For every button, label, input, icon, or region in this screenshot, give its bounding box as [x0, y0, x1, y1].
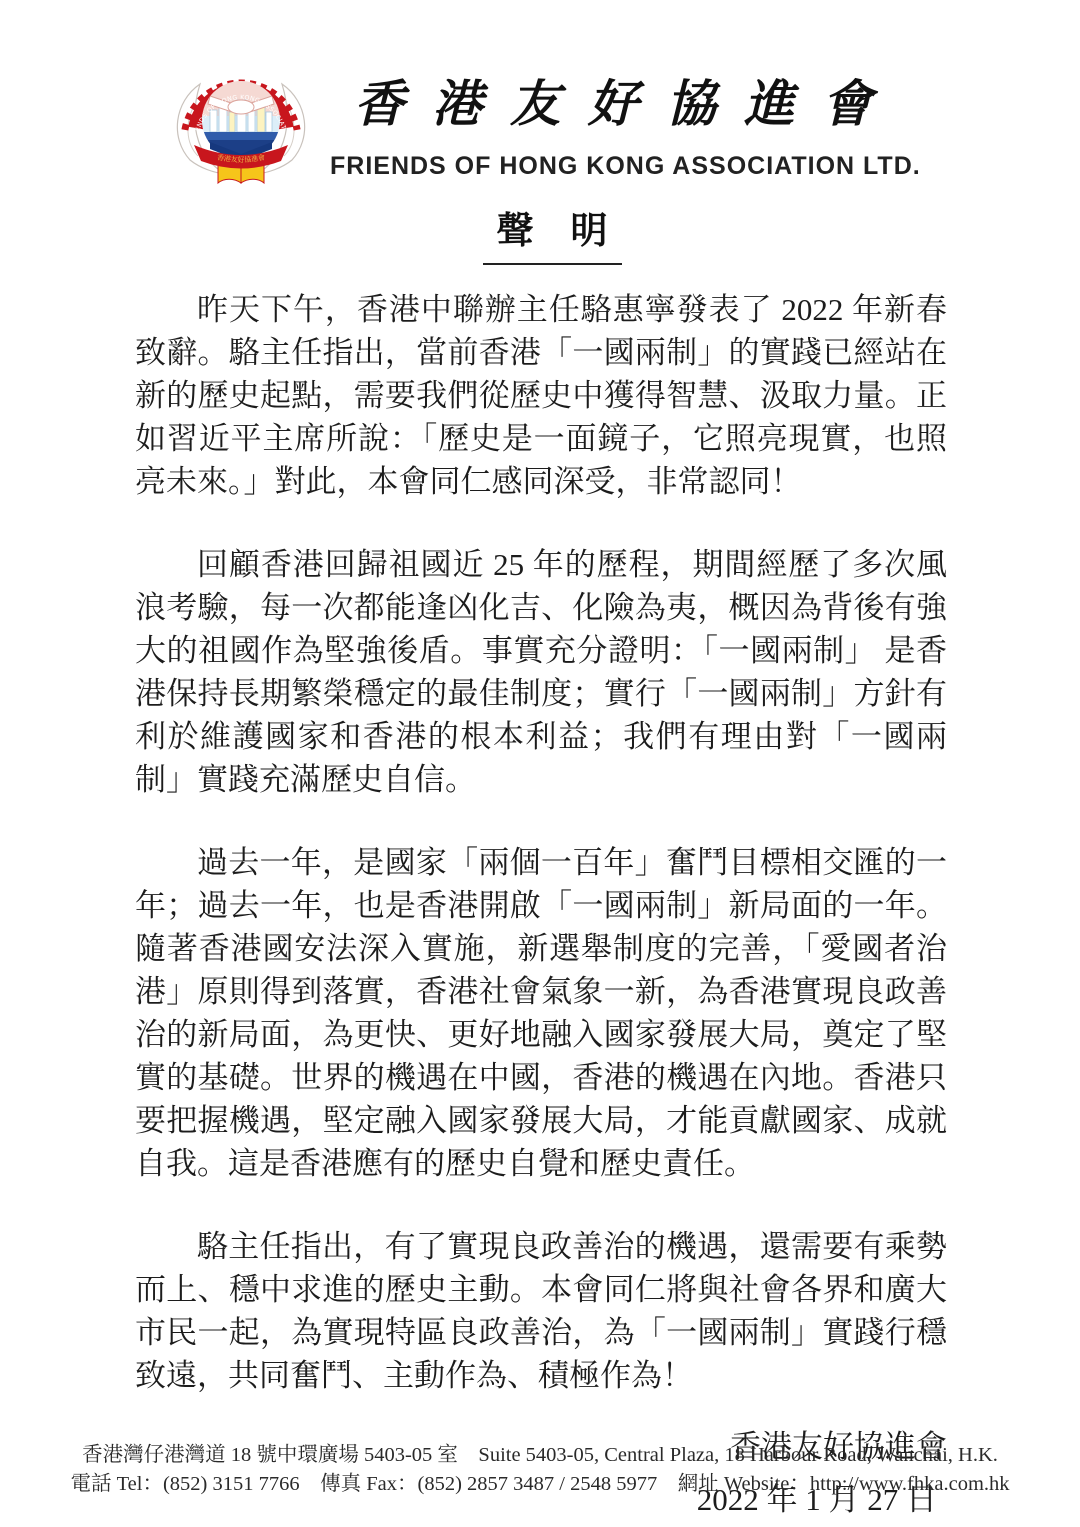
statement-paragraph-3: 過去一年，是國家「兩個一百年」奮鬥目標相交匯的一年；過去一年，也是香港開啟「一國… [135, 841, 947, 1185]
letterhead: 香港友好協進會 FRIENDS OF HONG KONG ASSOCIATION… [330, 64, 896, 181]
org-name-chinese: 香港友好協進會 [330, 64, 896, 136]
statement-paragraph-1: 昨天下午，香港中聯辦主任駱惠寧發表了 2022 年新春致辭。駱主任指出，當前香港… [135, 288, 947, 503]
emblem-water-band [196, 132, 286, 140]
footer-address: 香港灣仔港灣道 18 號中環廣場 5403-05 室 Suite 5403-05… [0, 1441, 1080, 1470]
statement-paragraph-4: 駱主任指出，有了實現良政善治的機遇，還需要有乘勢而上、穩中求進的歷史主動。本會同… [135, 1225, 947, 1397]
association-emblem-logo: 香港友好協進會 FRIENDS OF HONG KONG ASSOCIATION [166, 50, 316, 188]
statement-body: 昨天下午，香港中聯辦主任駱惠寧發表了 2022 年新春致辭。駱主任指出，當前香港… [135, 288, 947, 1521]
footer-contact: 電話 Tel：(852) 3151 7766 傳真 Fax：(852) 2857… [0, 1470, 1080, 1499]
statement-title: 聲 明 [483, 200, 622, 265]
statement-paragraph-2: 回顧香港回歸祖國近 25 年的歷程，期間經歷了多次風浪考驗，每一次都能逢凶化吉、… [135, 543, 947, 801]
statement-title-row: 聲 明 [0, 200, 1080, 265]
letter-footer: 香港灣仔港灣道 18 號中環廣場 5403-05 室 Suite 5403-05… [0, 1441, 1080, 1499]
org-name-english: FRIENDS OF HONG KONG ASSOCIATION LTD. [330, 152, 896, 181]
statement-page: 香港友好協進會 FRIENDS OF HONG KONG ASSOCIATION… [0, 0, 1080, 1527]
